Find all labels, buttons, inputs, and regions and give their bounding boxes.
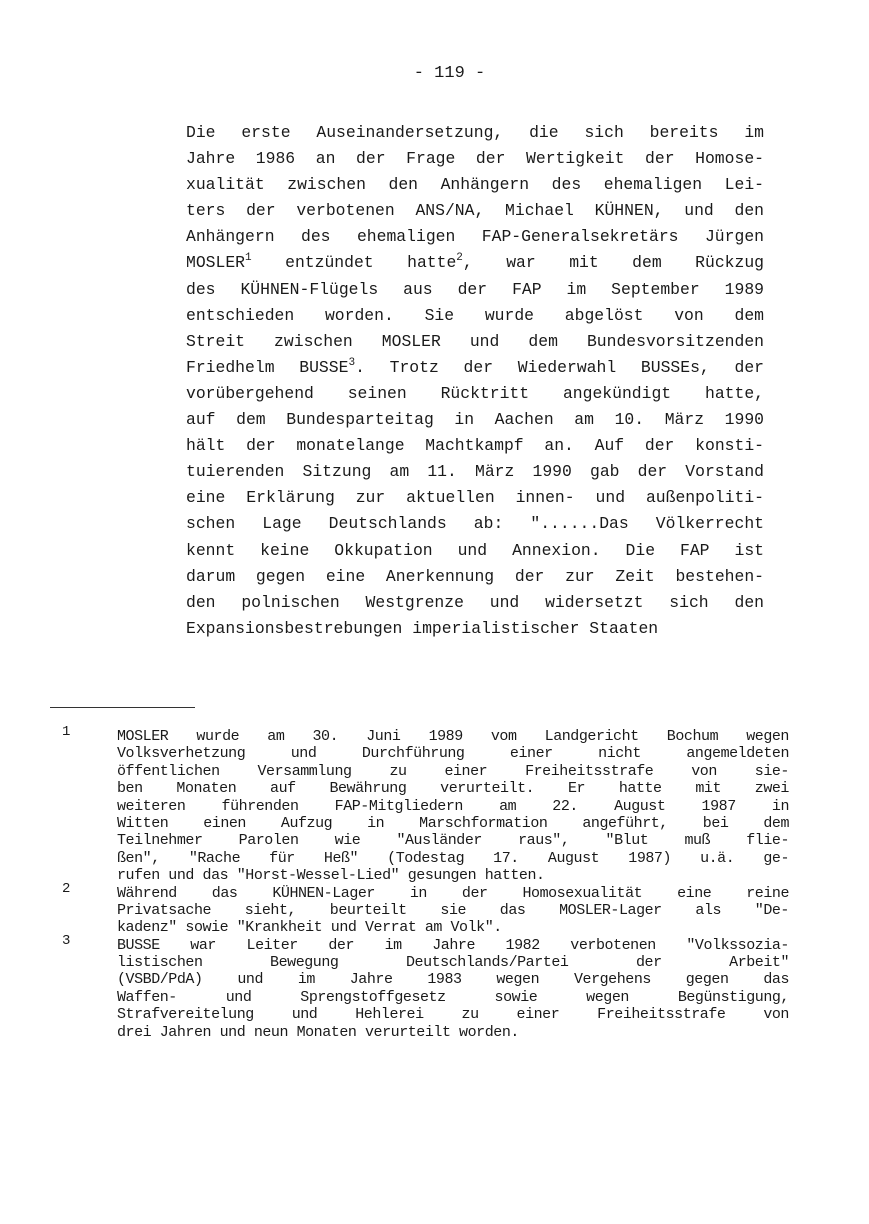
footnote-line: öffentlichen Versammlung zu einer Freihe…	[117, 763, 789, 780]
body-line: entschieden worden. Sie wurde abgelöst v…	[186, 303, 764, 329]
body-line: schen Lage Deutschlands ab: "......Das V…	[186, 511, 764, 537]
body-line: ters der verbotenen ANS/NA, Michael KÜHN…	[186, 198, 764, 224]
body-line: Die erste Auseinandersetzung, die sich b…	[186, 120, 764, 146]
footnote-line: kadenz" sowie "Krankheit und Verrat am V…	[117, 919, 789, 936]
text-run: , war mit dem Rückzug	[463, 253, 764, 272]
body-line: Friedhelm BUSSE3. Trotz der Wiederwahl B…	[186, 355, 764, 381]
text-run: entzündet hatte	[252, 253, 457, 272]
footnote-line: Waffen- und Sprengstoffgesetz sowie wege…	[117, 989, 789, 1006]
footnote-number: 1	[62, 724, 70, 741]
footnote-line: weiteren führenden FAP-Mitgliedern am 22…	[117, 798, 789, 815]
footnote-separator	[50, 707, 195, 708]
body-paragraph: Die erste Auseinandersetzung, die sich b…	[186, 120, 764, 642]
footnote-line: Teilnehmer Parolen wie "Ausländer raus",…	[117, 832, 789, 849]
body-line: tuierenden Sitzung am 11. März 1990 gab …	[186, 459, 764, 485]
body-line: Anhängern des ehemaligen FAP-Generalsekr…	[186, 224, 764, 250]
footnote-line: Während das KÜHNEN-Lager in der Homosexu…	[117, 885, 789, 902]
body-line: auf dem Bundesparteitag in Aachen am 10.…	[186, 407, 764, 433]
body-line: den polnischen Westgrenze und widersetzt…	[186, 590, 764, 616]
text-run: Friedhelm BUSSE	[186, 358, 348, 377]
footnote-line: ßen", "Rache für Heß" (Todestag 17. Augu…	[117, 850, 789, 867]
body-line: des KÜHNEN-Flügels aus der FAP im Septem…	[186, 277, 764, 303]
footnote-line: Witten einen Aufzug in Marschformation a…	[117, 815, 789, 832]
body-line: darum gegen eine Anerkennung der zur Zei…	[186, 564, 764, 590]
body-line: kennt keine Okkupation und Annexion. Die…	[186, 538, 764, 564]
footnote-line: listischen Bewegung Deutschlands/Partei …	[117, 954, 789, 971]
body-line: Streit zwischen MOSLER und dem Bundesvor…	[186, 329, 764, 355]
text-run: . Trotz der Wiederwahl BUSSEs, der	[355, 358, 764, 377]
body-line: xualität zwischen den Anhängern des ehem…	[186, 172, 764, 198]
footnote-line: rufen und das "Horst-Wessel-Lied" gesung…	[117, 867, 789, 884]
footnote-line: Strafvereitelung und Hehlerei zu einer F…	[117, 1006, 789, 1023]
footnote-line: BUSSE war Leiter der im Jahre 1982 verbo…	[117, 937, 789, 954]
footnote-line: Privatsache sieht, beurteilt sie das MOS…	[117, 902, 789, 919]
footnote-line: drei Jahren und neun Monaten verurteilt …	[117, 1024, 789, 1041]
body-line: MOSLER1 entzündet hatte2, war mit dem Rü…	[186, 250, 764, 276]
footnote-ref-2: 2	[456, 252, 463, 264]
footnote-line: (VSBD/PdA) und im Jahre 1983 wegen Verge…	[117, 971, 789, 988]
body-line: vorübergehend seinen Rücktritt angekündi…	[186, 381, 764, 407]
footnote-3: 3 BUSSE war Leiter der im Jahre 1982 ver…	[50, 937, 790, 1041]
footnote-line: Volksverhetzung und Durchführung einer n…	[117, 745, 789, 762]
body-line: eine Erklärung zur aktuellen innen- und …	[186, 485, 764, 511]
footnote-number: 3	[62, 933, 70, 950]
footnote-line: ben Monaten auf Bewährung verurteilt. Er…	[117, 780, 789, 797]
text-run: MOSLER	[186, 253, 245, 272]
body-line: hält der monatelange Machtkampf an. Auf …	[186, 433, 764, 459]
body-line: Jahre 1986 an der Frage der Wertigkeit d…	[186, 146, 764, 172]
footnote-2: 2 Während das KÜHNEN-Lager in der Homose…	[50, 885, 790, 937]
footnote-number: 2	[62, 881, 70, 898]
page-number: - 119 -	[0, 64, 869, 83]
body-line: Expansionsbestrebungen imperialistischer…	[186, 616, 764, 642]
footnote-ref-1: 1	[245, 252, 252, 264]
footnote-1: 1 MOSLER wurde am 30. Juni 1989 vom Land…	[50, 728, 790, 885]
footnotes: 1 MOSLER wurde am 30. Juni 1989 vom Land…	[50, 728, 790, 1041]
footnote-line: MOSLER wurde am 30. Juni 1989 vom Landge…	[117, 728, 789, 745]
